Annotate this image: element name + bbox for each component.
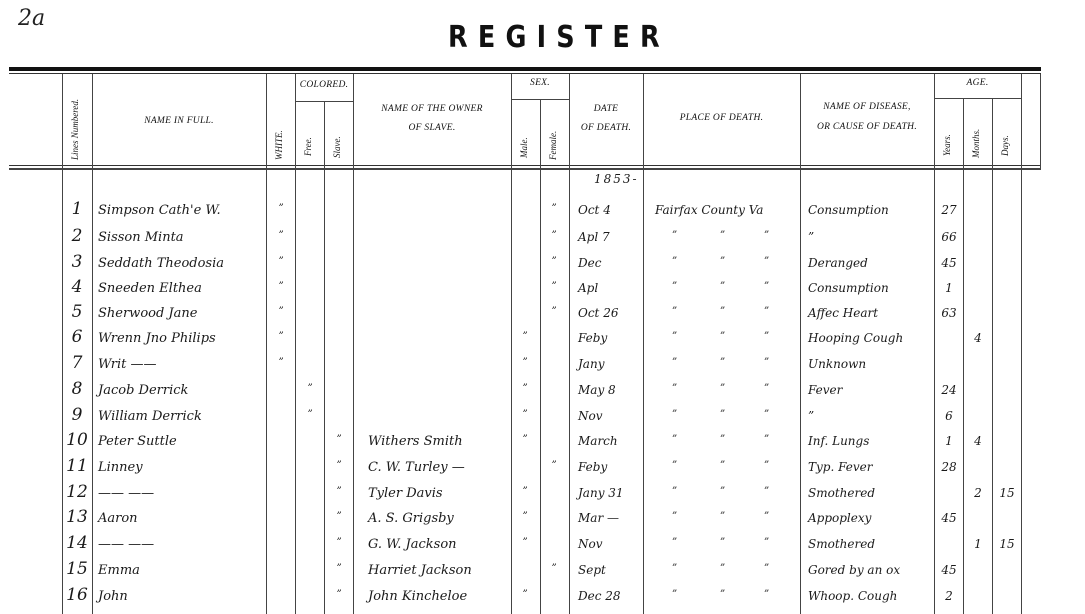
row-date: Nov	[578, 409, 603, 423]
row-place-part: ”	[720, 357, 725, 368]
row-place-part: ”	[764, 383, 769, 394]
row-name: John	[98, 589, 128, 604]
row-cause: Affec Heart	[808, 306, 878, 320]
header-male: Male.	[519, 137, 529, 158]
header-lines-numbered: Lines Numbered.	[70, 99, 80, 160]
row-female: ”	[547, 306, 561, 317]
row-n: 14	[66, 533, 88, 553]
header-owner-line1: NAME OF THE OWNER	[353, 100, 511, 119]
row-date: Sept	[578, 563, 606, 577]
row-male: ”	[518, 434, 532, 445]
row-place-part: ”	[720, 230, 725, 241]
row-place-part: ”	[720, 409, 725, 420]
row-n: 15	[66, 559, 88, 579]
row-place-part: ”	[720, 434, 725, 445]
row-place-part: ”	[764, 460, 769, 471]
row-place-part: ”	[720, 563, 725, 574]
row-cause: Typ. Fever	[808, 460, 872, 474]
row-name: Linney	[98, 460, 143, 475]
column-line	[643, 74, 644, 614]
row-place-part: ”	[764, 511, 769, 522]
row-place-part: ”	[720, 281, 725, 292]
header-disease-line2: OR CAUSE OF DEATH.	[800, 118, 934, 137]
header-age: AGE.	[934, 74, 1021, 93]
row-place-part: ”	[672, 563, 677, 574]
row-name: Peter Suttle	[98, 434, 177, 449]
row-place-part: ”	[764, 230, 769, 241]
row-male: ”	[518, 486, 532, 497]
row-place-part: ”	[672, 409, 677, 420]
column-line	[511, 74, 512, 614]
row-name: —— ——	[98, 486, 154, 501]
row-owner: C. W. Turley —	[368, 460, 465, 475]
row-years: 45	[938, 256, 960, 270]
row-place-part: ”	[672, 537, 677, 548]
row-owner: John Kincheloe	[368, 589, 467, 604]
row-n: 8	[66, 379, 88, 399]
row-date: Dec 28	[578, 589, 621, 603]
row-place-part: ”	[672, 331, 677, 342]
row-cause: Whoop. Cough	[808, 589, 897, 603]
column-line	[92, 74, 93, 614]
row-cause: Appoplexy	[808, 511, 871, 525]
column-line	[324, 101, 325, 614]
row-female: ”	[547, 460, 561, 471]
row-white: ”	[274, 357, 288, 368]
header-name-in-full: NAME IN FULL.	[92, 112, 266, 131]
row-place-part: ”	[720, 256, 725, 267]
header-female: Female.	[548, 131, 558, 160]
row-female: ”	[547, 563, 561, 574]
row-date: Oct 4	[578, 203, 611, 217]
row-place-part: ”	[764, 409, 769, 420]
row-place-part: ”	[764, 306, 769, 317]
row-cause: Inf. Lungs	[808, 434, 869, 448]
header-place: PLACE OF DEATH.	[643, 109, 800, 128]
row-male: ”	[518, 383, 532, 394]
year-note: 1853-	[594, 172, 639, 186]
row-cause: Gored by an ox	[808, 563, 900, 577]
row-months: 2	[967, 486, 989, 500]
row-owner: Harriet Jackson	[368, 563, 472, 578]
row-white: ”	[274, 281, 288, 292]
column-line	[934, 74, 935, 614]
row-place-part: ”	[764, 281, 769, 292]
row-cause: Hooping Cough	[808, 331, 903, 345]
row-cause: Smothered	[808, 537, 875, 551]
column-line	[540, 99, 541, 614]
row-place-part: Fairfax County Va	[655, 203, 763, 217]
row-place-part: ”	[672, 306, 677, 317]
row-owner: G. W. Jackson	[368, 537, 457, 552]
row-years: 45	[938, 511, 960, 525]
row-slave: ”	[332, 486, 346, 497]
row-place-part: ”	[672, 486, 677, 497]
row-white: ”	[274, 256, 288, 267]
header-bottom-rule	[9, 165, 1041, 166]
header-days: Days.	[1000, 135, 1010, 156]
row-name: Wrenn Jno Philips	[98, 331, 216, 346]
row-owner: Withers Smith	[368, 434, 463, 449]
row-owner: Tyler Davis	[368, 486, 443, 501]
row-name: Sneeden Elthea	[98, 281, 202, 296]
row-date: Jany 31	[578, 486, 624, 500]
row-place-part: ”	[672, 256, 677, 267]
row-female: ”	[547, 256, 561, 267]
header-date-line1: DATE	[569, 100, 643, 119]
row-place-part: ”	[764, 331, 769, 342]
row-male: ”	[518, 357, 532, 368]
row-cause: Consumption	[808, 203, 889, 217]
row-place-part: ”	[672, 281, 677, 292]
row-slave: ”	[332, 537, 346, 548]
row-date: March	[578, 434, 618, 448]
row-place-part: ”	[720, 486, 725, 497]
header-months: Months.	[971, 129, 981, 158]
row-white: ”	[274, 306, 288, 317]
row-n: 4	[66, 277, 88, 297]
column-line	[1021, 74, 1022, 614]
row-cause: Smothered	[808, 486, 875, 500]
row-name: William Derrick	[98, 409, 202, 424]
row-date: Feby	[578, 460, 607, 474]
page-title: REGISTER	[448, 20, 670, 55]
header-slave: Slave.	[332, 136, 342, 158]
row-months: 4	[967, 331, 989, 345]
row-owner: A. S. Grigsby	[368, 511, 454, 526]
row-n: 10	[66, 430, 88, 450]
row-years: 1	[938, 434, 960, 448]
row-place-part: ”	[720, 460, 725, 471]
row-male: ”	[518, 589, 532, 600]
row-slave: ”	[332, 563, 346, 574]
row-name: Simpson Cath'e W.	[98, 203, 221, 218]
row-n: 5	[66, 302, 88, 322]
row-years: 63	[938, 306, 960, 320]
row-place-part: ”	[720, 537, 725, 548]
row-white: ”	[274, 203, 288, 214]
row-cause: Deranged	[808, 256, 868, 270]
header-owner-line2: OF SLAVE.	[353, 119, 511, 138]
header-free: Free.	[303, 137, 313, 156]
row-male: ”	[518, 511, 532, 522]
row-place-part: ”	[720, 589, 725, 600]
row-name: —— ——	[98, 537, 154, 552]
row-place-part: ”	[764, 486, 769, 497]
column-line	[62, 74, 63, 614]
row-name: Jacob Derrick	[98, 383, 188, 398]
row-place-part: ”	[764, 589, 769, 600]
row-free: ”	[303, 383, 317, 394]
row-months: 1	[967, 537, 989, 551]
row-place-part: ”	[720, 331, 725, 342]
row-name: Sherwood Jane	[98, 306, 197, 321]
row-date: Mar —	[578, 511, 619, 525]
header-colored: COLORED.	[295, 76, 353, 95]
column-line	[992, 98, 993, 614]
row-female: ”	[547, 203, 561, 214]
row-years: 6	[938, 409, 960, 423]
row-place-part: ”	[720, 511, 725, 522]
row-n: 16	[66, 585, 88, 605]
column-line	[1040, 74, 1041, 170]
header-disease-line1: NAME OF DISEASE,	[800, 98, 934, 117]
row-date: Feby	[578, 331, 607, 345]
row-name: Writ ——	[98, 357, 157, 372]
row-cause: ”	[808, 409, 814, 423]
row-date: Jany	[578, 357, 604, 371]
top-rule-thick	[9, 67, 1041, 71]
header-bottom-rule-double	[9, 168, 1041, 170]
row-date: May 8	[578, 383, 616, 397]
row-years: 28	[938, 460, 960, 474]
column-line	[295, 74, 296, 614]
colored-subrule-2	[295, 101, 353, 102]
column-line	[266, 74, 267, 614]
header-sex: SEX.	[511, 74, 569, 93]
row-cause: Fever	[808, 383, 842, 397]
row-n: 11	[66, 456, 88, 476]
row-date: Dec	[578, 256, 601, 270]
row-female: ”	[547, 230, 561, 241]
row-place-part: ”	[764, 256, 769, 267]
header-years: Years.	[942, 134, 952, 156]
row-place-part: ”	[672, 357, 677, 368]
row-free: ”	[303, 409, 317, 420]
row-n: 2	[66, 226, 88, 246]
row-years: 2	[938, 589, 960, 603]
column-line	[569, 74, 570, 614]
row-name: Emma	[98, 563, 140, 578]
row-n: 9	[66, 405, 88, 425]
row-white: ”	[274, 230, 288, 241]
row-cause: ”	[808, 230, 814, 244]
row-place-part: ”	[672, 383, 677, 394]
row-place-part: ”	[672, 434, 677, 445]
row-years: 66	[938, 230, 960, 244]
row-place-part: ”	[764, 434, 769, 445]
row-slave: ”	[332, 460, 346, 471]
row-male: ”	[518, 537, 532, 548]
row-months: 4	[967, 434, 989, 448]
row-years: 24	[938, 383, 960, 397]
row-date: Nov	[578, 537, 603, 551]
row-name: Aaron	[98, 511, 138, 526]
row-n: 12	[66, 482, 88, 502]
row-slave: ”	[332, 434, 346, 445]
sex-subrule	[511, 99, 569, 100]
row-cause: Consumption	[808, 281, 889, 295]
row-place-part: ”	[720, 306, 725, 317]
row-place-part: ”	[672, 460, 677, 471]
header-white: WHITE.	[274, 130, 284, 160]
row-place-part: ”	[672, 589, 677, 600]
row-name: Seddath Theodosia	[98, 256, 224, 271]
row-white: ”	[274, 331, 288, 342]
row-n: 7	[66, 353, 88, 373]
header-date-line2: OF DEATH.	[569, 119, 643, 138]
row-place-part: ”	[720, 383, 725, 394]
row-n: 3	[66, 252, 88, 272]
row-n: 1	[66, 199, 88, 219]
column-line	[800, 74, 801, 614]
row-female: ”	[547, 281, 561, 292]
page-number: 2a	[18, 6, 45, 31]
row-place-part: ”	[672, 511, 677, 522]
row-male: ”	[518, 409, 532, 420]
row-place-part: ”	[764, 563, 769, 574]
column-line	[353, 74, 354, 614]
row-n: 13	[66, 507, 88, 527]
column-line	[963, 98, 964, 614]
row-place-part: ”	[672, 230, 677, 241]
row-days: 15	[996, 537, 1018, 551]
row-slave: ”	[332, 589, 346, 600]
row-date: Oct 26	[578, 306, 618, 320]
row-years: 27	[938, 203, 960, 217]
row-days: 15	[996, 486, 1018, 500]
row-date: Apl	[578, 281, 598, 295]
row-years: 1	[938, 281, 960, 295]
row-place-part: ”	[764, 537, 769, 548]
row-cause: Unknown	[808, 357, 866, 371]
row-male: ”	[518, 331, 532, 342]
age-subrule	[934, 98, 1021, 99]
row-n: 6	[66, 327, 88, 347]
row-place-part: ”	[764, 357, 769, 368]
row-years: 45	[938, 563, 960, 577]
row-slave: ”	[332, 511, 346, 522]
row-name: Sisson Minta	[98, 230, 184, 245]
row-date: Apl 7	[578, 230, 610, 244]
